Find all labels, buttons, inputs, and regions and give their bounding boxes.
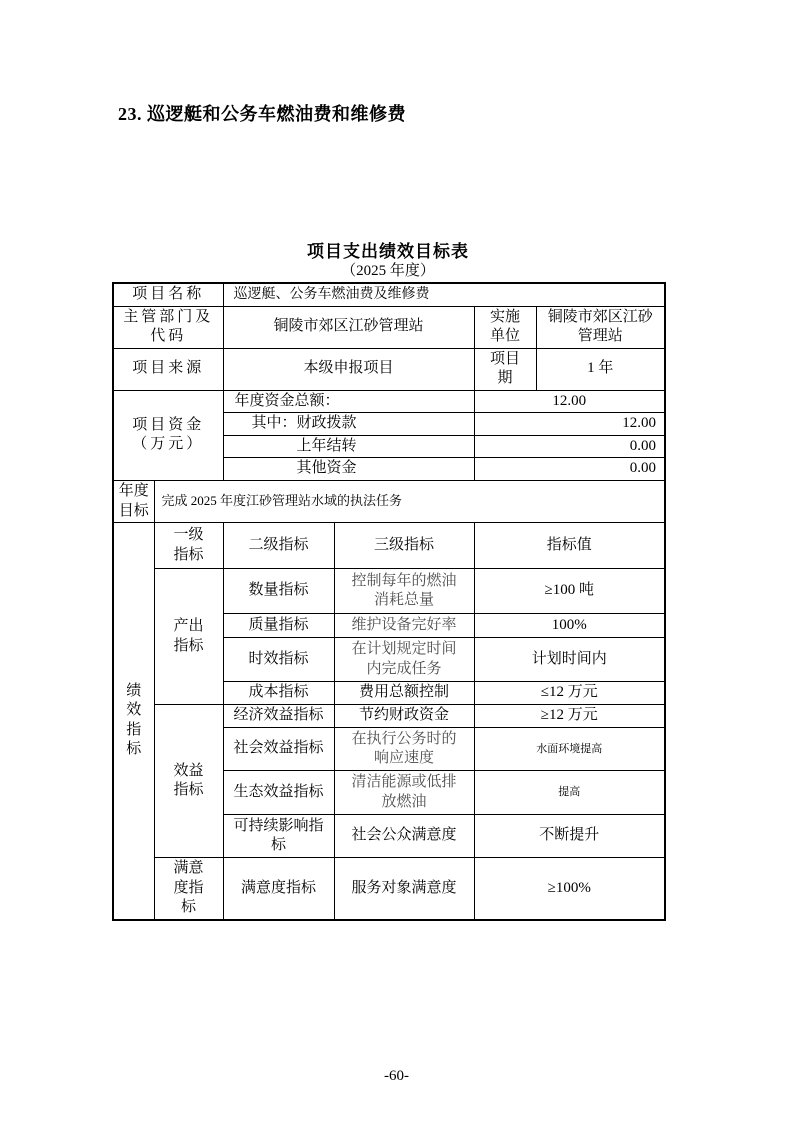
indicator-value: ≤12 万元: [474, 682, 665, 705]
group-benefit-label: 效益 指标: [154, 705, 223, 858]
indicator-level3: 在执行公务时的 响应速度: [334, 728, 474, 771]
group-satisfaction-label: 满意 度指 标: [154, 858, 223, 920]
annual-goal-value: 完成 2025 年度江砂管理站水域的执法任务: [154, 481, 665, 523]
indicator-value: 不断提升: [474, 815, 665, 858]
project-name-label: 项目名称: [113, 283, 223, 306]
indicator-level3: 在计划规定时间 内完成任务: [334, 638, 474, 682]
indicator-level3: 节约财政资金: [334, 705, 474, 728]
indicator-value: 提高: [474, 771, 665, 815]
funding-carryover-label: 上年结转: [223, 435, 474, 458]
indicator-level3: 社会公众满意度: [334, 815, 474, 858]
indicator-value: 100%: [474, 614, 665, 638]
performance-row-label: 绩 效 指 标: [113, 523, 154, 920]
performance-target-table: 项目名称 巡逻艇、公务车燃油费及维修费 主管部门及 代码 铜陵市郊区江砂管理站 …: [112, 282, 666, 921]
indicator-level2: 满意度指标: [223, 858, 334, 920]
project-name-value: 巡逻艇、公务车燃油费及维修费: [223, 283, 665, 306]
indicator-level2: 社会效益指标: [223, 728, 334, 771]
department-value: 铜陵市郊区江砂管理站: [223, 306, 474, 348]
table-subtitle: （2025 年度）: [112, 259, 664, 280]
source-label: 项目来源: [113, 348, 223, 390]
indicator-level2: 生态效益指标: [223, 771, 334, 815]
funding-label: 项目资金 （万元）: [113, 390, 223, 481]
indicator-level3: 维护设备完好率: [334, 614, 474, 638]
indicator-level2: 质量指标: [223, 614, 334, 638]
funding-carryover-value: 0.00: [474, 435, 665, 458]
indicator-value: 计划时间内: [474, 638, 665, 682]
header-level1: 一级 指标: [154, 523, 223, 569]
indicator-level3: 控制每年的燃油 消耗总量: [334, 569, 474, 614]
indicator-value: ≥100 吨: [474, 569, 665, 614]
funding-total-label: 年度资金总额：: [223, 390, 474, 413]
funding-fiscal-value: 12.00: [474, 413, 665, 436]
indicator-level3: 费用总额控制: [334, 682, 474, 705]
annual-goal-label: 年度 目标: [113, 481, 154, 523]
implementing-unit-value: 铜陵市郊区江砂 管理站: [536, 306, 665, 348]
header-level3: 三级指标: [334, 523, 474, 569]
funding-other-value: 0.00: [474, 458, 665, 481]
indicator-level2: 可持续影响指 标: [223, 815, 334, 858]
indicator-value: ≥12 万元: [474, 705, 665, 728]
document-page: 23. 巡逻艇和公务车燃油费和维修费 项目支出绩效目标表 （2025 年度） 项…: [0, 0, 793, 1122]
group-output-label: 产出 指标: [154, 569, 223, 705]
header-value: 指标值: [474, 523, 665, 569]
indicator-level2: 成本指标: [223, 682, 334, 705]
funding-fiscal-label: 其中：财政拨款: [223, 413, 474, 436]
funding-other-label: 其他资金: [223, 458, 474, 481]
page-number: -60-: [0, 1068, 793, 1085]
indicator-level3: 服务对象满意度: [334, 858, 474, 920]
indicator-value: ≥100%: [474, 858, 665, 920]
indicator-level2: 时效指标: [223, 638, 334, 682]
period-label: 项目 期: [474, 348, 536, 390]
department-label: 主管部门及 代码: [113, 306, 223, 348]
indicator-level2: 经济效益指标: [223, 705, 334, 728]
indicator-level3: 清洁能源或低排 放燃油: [334, 771, 474, 815]
section-heading: 23. 巡逻艇和公务车燃油费和维修费: [118, 100, 406, 126]
funding-total-value: 12.00: [474, 390, 665, 413]
period-value: 1 年: [536, 348, 665, 390]
indicator-level2: 数量指标: [223, 569, 334, 614]
implementing-unit-label: 实施 单位: [474, 306, 536, 348]
indicator-value: 水面环境提高: [474, 728, 665, 771]
header-level2: 二级指标: [223, 523, 334, 569]
source-value: 本级申报项目: [223, 348, 474, 390]
